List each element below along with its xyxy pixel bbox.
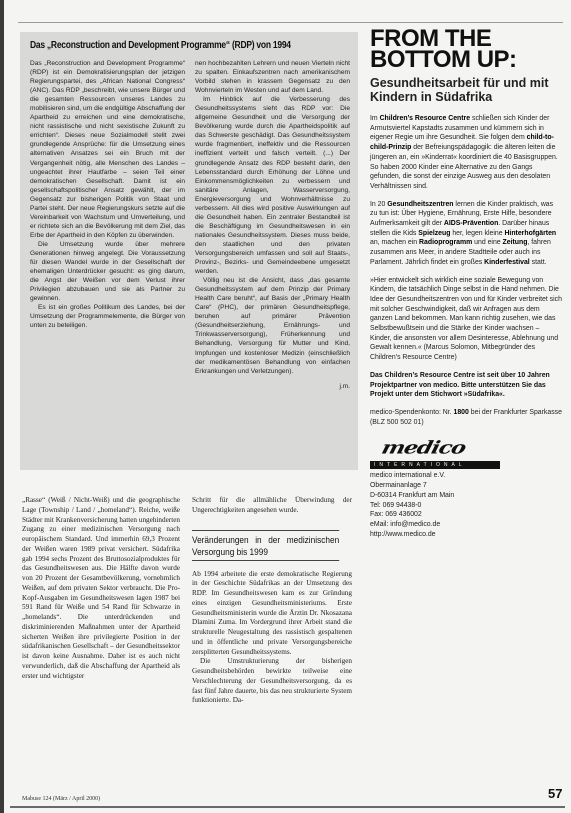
- top-rule: [18, 22, 563, 23]
- rdp-paragraph: Die Umsetzung wurde über mehrere Generat…: [30, 240, 185, 303]
- rdp-signature: j.m.: [195, 382, 350, 391]
- rdp-column-1: Das „Reconstruction and Development Prog…: [30, 59, 185, 455]
- medico-logo-bar: INTERNATIONAL: [370, 461, 500, 469]
- body-paragraph: Die Umstrukturierung der bisherigen Gesu…: [192, 657, 352, 706]
- body-column-left: „Rasse“ (Weiß / Nicht-Weiß) und die geog…: [22, 496, 180, 681]
- sidebar-campaign: FROM THE BOTTOM UP: Gesundheitsarbeit fü…: [370, 28, 562, 539]
- rdp-info-box: Das „Reconstruction and Development Prog…: [20, 32, 358, 470]
- emphasis: Spielzeug: [418, 230, 450, 237]
- rdp-paragraph: Völlig neu ist die Ansicht, dass „das ge…: [195, 276, 350, 376]
- address-email: eMail: info@medico.de: [370, 520, 562, 530]
- address-street: Obermainanlage 7: [370, 481, 562, 491]
- rdp-box-title: Das „Reconstruction and Development Prog…: [30, 40, 302, 51]
- emphasis: Kinderfestival: [484, 259, 530, 266]
- emphasis: AIDS-Prävention: [444, 220, 498, 227]
- sidebar-activities-paragraph: In 20 Gesundheitszentren lernen die Kind…: [370, 200, 562, 268]
- donation-account: medico-Spendenkonto: Nr. 1800 bei der Fr…: [370, 408, 562, 427]
- address-fax: Fax: 069 436002: [370, 510, 562, 520]
- text-run: In 20: [370, 201, 387, 208]
- text-run: Im: [370, 115, 380, 122]
- rdp-paragraph: Das „Reconstruction and Development Prog…: [30, 59, 185, 240]
- rdp-paragraph: Im Hinblick auf die Verbesserung des Ges…: [195, 95, 350, 276]
- emphasis: Children’s Resource Centre: [380, 115, 471, 122]
- text-run: her, legen kleine: [450, 230, 504, 237]
- sidebar-title: Gesundheitsarbeit für und mit Kindern in…: [370, 76, 562, 104]
- text-run: an, machen ein: [370, 239, 419, 246]
- text-run: statt.: [530, 259, 547, 266]
- address-city: D-60314 Frankfurt am Main: [370, 491, 562, 501]
- donation-appeal: Das Children’s Resource Centre ist seit …: [370, 371, 562, 400]
- sidebar-intro-paragraph: Im Children’s Resource Centre schließen …: [370, 114, 562, 192]
- rdp-column-2: nen hochbezahlten Lehrern und neuen Vier…: [195, 59, 350, 455]
- address-phone: Tel: 069 94438-0: [370, 501, 562, 511]
- emphasis: Hinterhofgärten: [504, 230, 556, 237]
- page-edge: [0, 0, 4, 813]
- body-paragraph: Schritt für die allmähliche Überwindung …: [192, 496, 352, 516]
- sidebar-kicker: FROM THE BOTTOM UP:: [370, 28, 562, 70]
- bottom-rule: [10, 806, 565, 808]
- text-run: und eine: [472, 239, 502, 246]
- body-paragraph: „Rasse“ (Weiß / Nicht-Weiß) und die geog…: [22, 496, 180, 681]
- footer-reference: Mabuse 124 (März / April 2000): [22, 796, 100, 802]
- sidebar-quote: »Hier entwickelt sich wirklich eine sozi…: [370, 276, 562, 363]
- emphasis: Radioprogramm: [419, 239, 472, 246]
- emphasis: Zeitung: [503, 239, 528, 246]
- body-column-right: Schritt für die allmähliche Überwindung …: [192, 496, 352, 706]
- rdp-columns: Das „Reconstruction and Development Prog…: [30, 59, 350, 455]
- text-run: medico-Spendenkonto: Nr.: [370, 409, 454, 416]
- rdp-paragraph: Es ist ein großes Politikum des Landes, …: [30, 303, 185, 330]
- section-subheading: Veränderungen in der medizinischen Verso…: [192, 530, 339, 561]
- body-paragraph: Ab 1994 arbeitete die erste demokratisch…: [192, 570, 352, 658]
- rdp-paragraph: nen hochbezahlten Lehrern und neuen Vier…: [195, 59, 350, 95]
- emphasis: Gesundheitszentren: [387, 201, 453, 208]
- contact-address: medico international e.V. Obermainanlage…: [370, 471, 562, 539]
- address-website: http://www.medico.de: [370, 530, 562, 540]
- medico-logo-wordmark: medico: [379, 438, 467, 459]
- address-org: medico international e.V.: [370, 471, 562, 481]
- medico-logo: medico INTERNATIONAL: [370, 435, 562, 469]
- page-number: 57: [548, 786, 562, 801]
- account-number: 1800: [454, 409, 469, 416]
